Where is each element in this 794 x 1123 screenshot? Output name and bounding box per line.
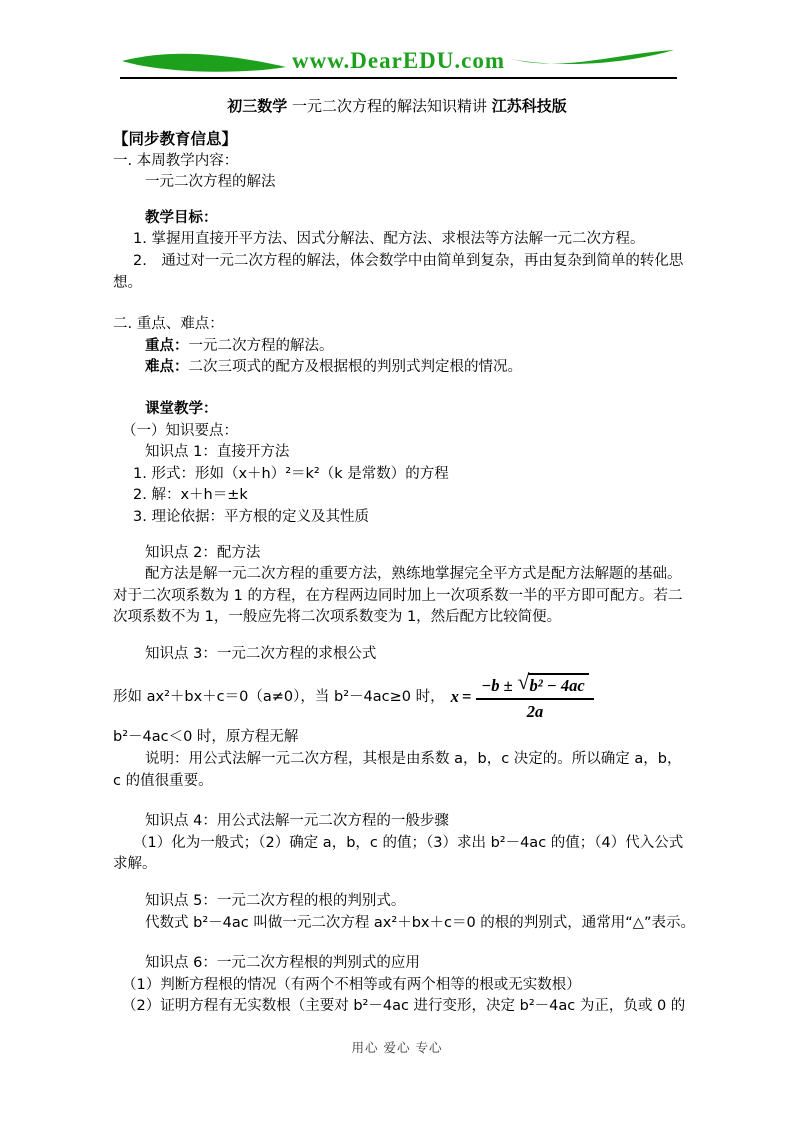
class-teaching-label: 课堂教学： — [113, 399, 686, 421]
header-divider — [120, 77, 677, 79]
swoosh-left-icon — [120, 46, 288, 76]
kp6-item-2: （2）证明方程有无实数根（主要对 b²－4ac 进行变形，决定 b²－4ac 为… — [113, 996, 686, 1018]
formula-numerator-prefix: −b ± — [481, 677, 512, 696]
logo-banner: www.DearEDU.com — [120, 44, 677, 77]
kp1-item-1: 1. 形式：形如（x＋h）²＝k²（k 是常数）的方程 — [113, 464, 686, 486]
kp6-title: 知识点 6：一元二次方程根的判别式的应用 — [113, 953, 686, 975]
formula-fraction: −b ± √ b² − 4ac 2a — [476, 673, 593, 723]
formula-numerator: −b ± √ b² − 4ac — [476, 673, 593, 701]
title-edition: 江苏科技版 — [492, 97, 567, 115]
kp6-item-1: （1）判断方程根的情况（有两个不相等或有两个相等的根或无实数根） — [113, 975, 686, 997]
kp5-text: 代数式 b²－4ac 叫做一元二次方程 ax²＋bx＋c＝0 的根的判别式，通常… — [113, 913, 686, 935]
kp4-title: 知识点 4：用公式法解一元二次方程的一般步骤 — [113, 811, 686, 833]
kp3-note: 说明：用公式法解一元二次方程，其根是由系数 a，b，c 决定的。所以确定 a，b… — [113, 749, 686, 792]
logo-text: www.DearEDU.com — [292, 48, 505, 74]
knowledge-outline-label: （一）知识要点： — [113, 421, 686, 443]
title-subject: 初三数学 — [227, 97, 287, 115]
quadratic-formula-line: 形如 ax²＋bx＋c＝0（a≠0），当 b²－4ac≥0 时， x = −b … — [113, 669, 686, 725]
kp4-steps: （1）化为一般式；（2）确定 a，b，c 的值；（3）求出 b²－4ac 的值；… — [113, 833, 686, 876]
difficult-point-text: 二次三项式的配方及根据根的判别式判定根的情况。 — [189, 359, 523, 375]
formula-denominator: 2a — [527, 700, 544, 722]
kp1-item-2: 2. 解：x＋h＝±k — [113, 485, 686, 507]
formula-lead-text: 形如 ax²＋bx＋c＝0（a≠0），当 b²－4ac≥0 时， — [113, 687, 445, 709]
section-sync-info: 【同步教育信息】 — [113, 129, 686, 151]
kp1-item-3: 3. 理论依据：平方根的定义及其性质 — [113, 507, 686, 529]
difficult-point-line: 难点：二次三项式的配方及根据根的判别式判定根的情况。 — [113, 357, 686, 379]
key-point-text: 一元二次方程的解法。 — [189, 338, 334, 354]
key-point-label: 重点： — [145, 338, 189, 354]
teaching-goals-label: 教学目标： — [113, 208, 686, 230]
formula-lhs: x — [451, 688, 459, 707]
page-footer-motto: 用心 爱心 专心 — [0, 1038, 794, 1056]
key-point-line: 重点：一元二次方程的解法。 — [113, 336, 686, 358]
formula-equals: = — [462, 688, 471, 707]
kp3-no-solution: b²－4ac＜0 时，原方程无解 — [113, 727, 686, 749]
key-difficult-label: 二. 重点、难点： — [113, 314, 686, 336]
document-title: 初三数学 一元二次方程的解法知识精讲 江苏科技版 — [0, 96, 794, 116]
kp2-text: 配方法是解一元二次方程的重要方法，熟练地掌握完全平方式是配方法解题的基础。对于二… — [113, 564, 686, 629]
site-header: www.DearEDU.com — [0, 0, 794, 79]
kp3-title: 知识点 3：一元二次方程的求根公式 — [113, 644, 686, 666]
kp5-title: 知识点 5：一元二次方程的根的判别式。 — [113, 891, 686, 913]
week-content-label: 一. 本周教学内容： — [113, 151, 686, 173]
swoosh-right-icon — [509, 46, 677, 76]
document-page: www.DearEDU.com 初三数学 一元二次方程的解法知识精讲 江苏科技版… — [0, 0, 794, 1123]
quadratic-formula: x = −b ± √ b² − 4ac 2a — [451, 673, 594, 723]
kp1-title: 知识点 1：直接开方法 — [113, 442, 686, 464]
document-body: 【同步教育信息】 一. 本周教学内容： 一元二次方程的解法 教学目标： 1. 掌… — [0, 129, 794, 1018]
formula-radical: √ b² − 4ac — [518, 673, 589, 696]
goal-item-2: 2. 通过对一元二次方程的解法，体会数学中由简单到复杂，再由复杂到简单的转化思想… — [113, 251, 686, 294]
difficult-point-label: 难点： — [145, 359, 189, 375]
goal-item-1: 1. 掌握用直接开平方法、因式分解法、配方法、求根法等方法解一元二次方程。 — [113, 229, 686, 251]
kp2-title: 知识点 2：配方法 — [113, 543, 686, 565]
title-topic: 一元二次方程的解法知识精讲 — [287, 97, 492, 115]
formula-radicand: b² − 4ac — [528, 673, 588, 696]
week-content: 一元二次方程的解法 — [113, 172, 686, 194]
